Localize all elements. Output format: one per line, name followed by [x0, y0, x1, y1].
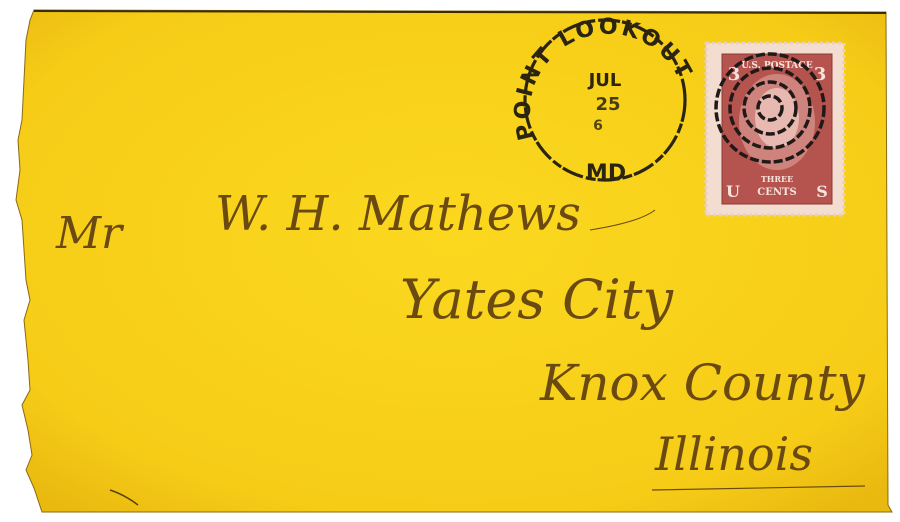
stamp-corner-u: U: [726, 182, 740, 201]
envelope-scene: POINT LOOKOUT JUL 25 6 MD U.S. POSTAGE 3…: [0, 0, 900, 522]
address-city: Yates City: [400, 268, 674, 331]
stamp-denom-right: 3: [814, 64, 827, 85]
postmark-state: MD: [586, 161, 626, 186]
stamp-three: THREE: [761, 174, 793, 184]
postmark-day: 25: [595, 94, 620, 115]
stamp-cents: CENTS: [757, 187, 796, 198]
postmark-month: JUL: [587, 70, 622, 91]
address-state: Illinois: [654, 427, 813, 481]
stamp: U.S. POSTAGE 3 3 THREE CENTS U S: [706, 43, 844, 215]
address-county: Knox County: [539, 354, 866, 412]
stamp-corner-s: S: [816, 182, 828, 201]
postmark-year: 6: [593, 118, 603, 134]
address-name: W. H. Mathews: [215, 186, 581, 242]
address-title: Mr: [55, 208, 125, 259]
envelope: POINT LOOKOUT JUL 25 6 MD U.S. POSTAGE 3…: [0, 0, 900, 522]
